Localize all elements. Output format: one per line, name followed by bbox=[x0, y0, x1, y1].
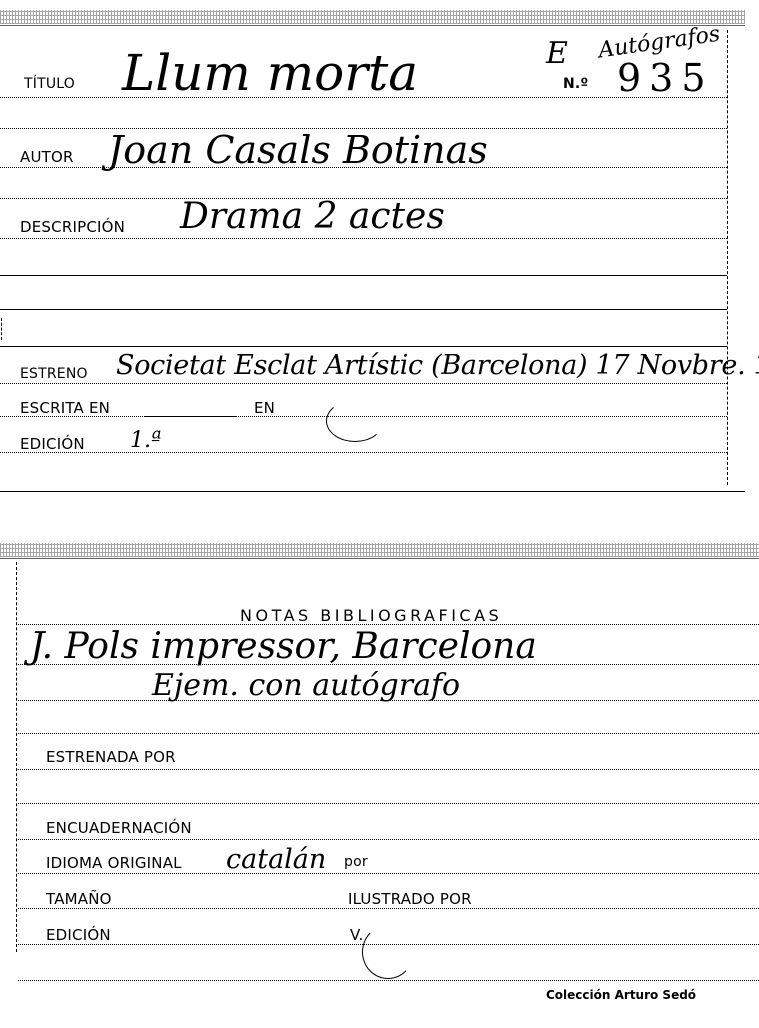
blank-line bbox=[18, 803, 759, 804]
en-label: EN bbox=[254, 399, 275, 417]
edicion-label: EDICIÓN bbox=[20, 435, 85, 453]
blank-line-5 bbox=[0, 346, 727, 347]
escrita-en-label: ESCRITA EN bbox=[20, 399, 110, 417]
notas-line-2 bbox=[18, 664, 759, 665]
autor-line bbox=[0, 167, 727, 168]
catalog-card-front: TÍTULO Llum morta E Autógrafos N.º 935 A… bbox=[0, 0, 759, 495]
notas-line-3 bbox=[18, 700, 759, 701]
edicion-line bbox=[0, 452, 727, 453]
note-line-1: J. Pols impressor, Barcelona bbox=[30, 626, 537, 667]
tamano-label: TAMAÑO bbox=[46, 890, 112, 908]
catalog-card-back: NOTAS BIBLIOGRAFICAS J. Pols impressor, … bbox=[0, 540, 759, 1028]
scan-noise-top bbox=[0, 543, 759, 557]
descripcion-label: DESCRIPCIÓN bbox=[20, 218, 125, 236]
idioma-line bbox=[18, 873, 759, 874]
numero-label: N.º bbox=[563, 76, 589, 92]
idioma-original-label: IDIOMA ORIGINAL bbox=[46, 854, 182, 872]
card-bottom-edge bbox=[0, 491, 745, 492]
tamano-line bbox=[18, 908, 759, 909]
scan-noise-top bbox=[0, 10, 745, 24]
titulo-label: TÍTULO bbox=[24, 76, 75, 92]
titulo-value: Llum morta bbox=[122, 44, 418, 102]
titulo-line bbox=[0, 97, 727, 98]
estreno-label: ESTRENO bbox=[20, 366, 88, 382]
estrenada-por-label: ESTRENADA POR bbox=[46, 748, 176, 766]
idioma-original-value: catalán bbox=[226, 844, 326, 875]
estreno-line bbox=[0, 383, 727, 384]
stamp-mark bbox=[326, 400, 384, 442]
bottom-line bbox=[18, 980, 759, 981]
autor-value: Joan Casals Botinas bbox=[108, 128, 488, 172]
card-right-border bbox=[727, 30, 728, 485]
notas-line-4 bbox=[18, 733, 759, 734]
numero-value: 935 bbox=[617, 56, 714, 100]
descripcion-value: Drama 2 actes bbox=[180, 196, 445, 237]
stamp-mark bbox=[362, 925, 414, 979]
estrenada-por-line bbox=[18, 769, 759, 770]
estreno-value: Societat Esclat Artístic (Barcelona) 17 … bbox=[116, 350, 759, 381]
por-label: por bbox=[344, 854, 368, 870]
notas-line-1 bbox=[18, 624, 759, 625]
edicion-value: 1.ª bbox=[130, 428, 161, 453]
encuadernacion-line bbox=[18, 839, 759, 840]
card-top-edge bbox=[0, 25, 745, 26]
v-label: V. bbox=[350, 926, 364, 944]
collection-credit: Colección Arturo Sedó bbox=[546, 988, 696, 1002]
card-left-mark bbox=[1, 318, 2, 340]
card-top-edge bbox=[0, 558, 759, 559]
encuadernacion-label: ENCUADERNACIÓN bbox=[46, 819, 192, 837]
notas-heading: NOTAS BIBLIOGRAFICAS bbox=[240, 606, 502, 625]
note-line-2: Ejem. con autógrafo bbox=[152, 668, 460, 703]
blank-line-3 bbox=[0, 275, 727, 276]
category-letter: E bbox=[546, 36, 568, 71]
blank-line-4 bbox=[0, 309, 727, 310]
edicion-label: EDICIÓN bbox=[46, 926, 111, 944]
descripcion-line bbox=[0, 238, 727, 239]
autor-label: AUTOR bbox=[20, 148, 74, 166]
card-left-border bbox=[16, 562, 17, 952]
ilustrado-por-label: ILUSTRADO POR bbox=[348, 890, 472, 908]
